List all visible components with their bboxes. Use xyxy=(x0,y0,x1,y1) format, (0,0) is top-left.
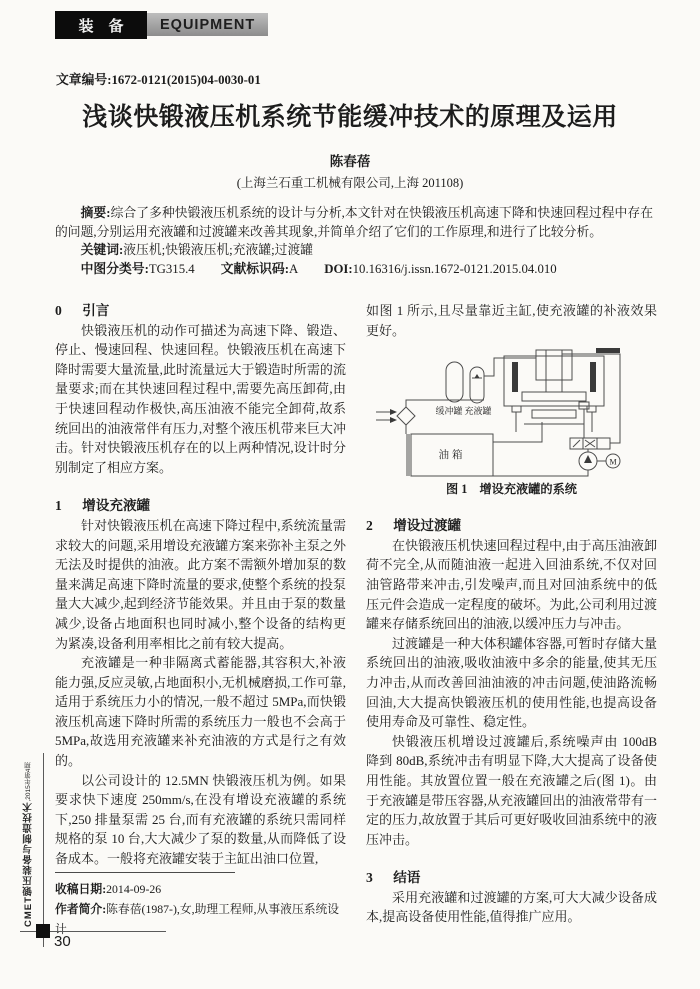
footnote-divider xyxy=(55,872,235,873)
article-number-label: 文章编号: xyxy=(56,73,111,87)
section-1-paragraph-1: 针对快锻液压机在高速下降过程中,系统流量需求较大的问题,采用增设充液罐方案来弥补… xyxy=(55,516,346,653)
pipe-press-to-oiltank xyxy=(493,422,542,442)
author-affiliation: (上海兰石重工机械有限公司,上海 201108) xyxy=(0,173,700,191)
section-2-heading: 2增设过渡罐 xyxy=(366,516,657,536)
front-matter: 摘要:综合了多种快锻液压机系统的设计与分析,本文针对在快锻液压机高速下降和快速回… xyxy=(55,204,653,278)
section-0-heading: 0引言 xyxy=(55,301,346,321)
abstract: 摘要:综合了多种快锻液压机系统的设计与分析,本文针对在快锻液压机高速下降和快速回… xyxy=(55,204,653,241)
charge-tank-shape xyxy=(470,367,484,403)
section-1-heading: 1增设充液罐 xyxy=(55,496,346,516)
charge-tank-level-mark xyxy=(475,374,480,378)
valve-cross xyxy=(585,440,595,447)
section-3-heading: 3结语 xyxy=(366,868,657,888)
charge-tank-label: 充液罐 xyxy=(464,405,491,416)
press-foot-left xyxy=(512,406,521,412)
inlet-arrow-1-head xyxy=(390,409,397,415)
article-number: 文章编号:1672-0121(2015)04-0030-01 xyxy=(56,69,261,88)
filter-diamond xyxy=(397,407,415,425)
author-bio-label: 作者简介: xyxy=(55,902,106,916)
motor-label: M xyxy=(609,458,616,467)
section-1-title: 增设充液罐 xyxy=(82,498,150,513)
journal-spine-name: CMET锻压装备与制造技术 xyxy=(23,802,34,927)
section-2-title: 增设过渡罐 xyxy=(393,518,461,533)
article-number-value: 1672-0121(2015)04-0030-01 xyxy=(111,73,260,87)
received-date-line: 收稿日期:2014-09-26 xyxy=(55,879,347,899)
oil-tank-label: 油箱 xyxy=(439,448,466,461)
clc-label: 中图分类号: xyxy=(81,262,149,276)
abstract-label: 摘要: xyxy=(81,206,111,220)
buffer-tank-shape xyxy=(446,362,463,402)
side-cylinder-left xyxy=(512,362,518,392)
figure-1: M 油箱 缓冲罐 充液罐 图 1 增设充液罐的系统 xyxy=(366,346,657,497)
figure-corner-bar xyxy=(596,348,620,353)
section-0-number: 0 xyxy=(55,301,82,321)
left-column: 0引言 快锻液压机的动作可描述为高速下降、锻造、停止、慢速回程、快速回程。快锻液… xyxy=(55,301,346,869)
section-3-number: 3 xyxy=(366,868,393,888)
crop-mark-square xyxy=(36,924,50,938)
buffer-tank-label: 缓冲罐 xyxy=(435,405,462,416)
doc-code-value: A xyxy=(289,262,298,276)
figure-1-caption: 图 1 增设充液罐的系统 xyxy=(366,481,657,497)
section-1-number: 1 xyxy=(55,496,82,516)
keywords-text: 液压机;快锻液压机;充液罐;过渡罐 xyxy=(123,243,313,257)
page-number: 30 xyxy=(54,933,71,950)
section-0-paragraph: 快锻液压机的动作可描述为高速下降、锻造、停止、慢速回程、快速回程。快锻液压机在高… xyxy=(55,321,346,478)
continuation-paragraph: 如图 1 所示,且尽量靠近主缸,使充液罐的补液效果更好。 xyxy=(366,301,657,340)
journal-spine-issue: ,2015年第4期 xyxy=(25,762,32,801)
section-2-number: 2 xyxy=(366,516,393,536)
clc-value: TG315.4 xyxy=(149,262,195,276)
footnote-block: 收稿日期:2014-09-26 作者简介:陈春蓓(1987-),女,助理工程师,… xyxy=(55,872,347,939)
abstract-text: 综合了多种快锻液压机系统的设计与分析,本文针对在快锻液压机高速下降和快速回程过程… xyxy=(55,206,653,239)
section-1-paragraph-2: 充液罐是一种非隔离式蓄能器,其容积大,补液能力强,反应灵敏,占地面积小,无机械磨… xyxy=(55,653,346,771)
pipe-return-to-tank xyxy=(493,470,588,476)
press-frame xyxy=(504,356,604,406)
journal-spine-text: CMET锻压装备与制造技术,2015年第4期 xyxy=(22,757,36,927)
section-badge: 装 备 EQUIPMENT xyxy=(55,11,268,39)
section-3-title: 结语 xyxy=(393,870,420,885)
section-badge-en: EQUIPMENT xyxy=(147,13,268,36)
author-bio-line: 作者简介:陈春蓓(1987-),女,助理工程师,从事液压系统设计 xyxy=(55,899,347,939)
keywords-label: 关键词: xyxy=(81,243,124,257)
doi-label: DOI: xyxy=(324,262,352,276)
paper-title: 浅谈快锻液压机系统节能缓冲技术的原理及运用 xyxy=(40,97,660,133)
section-1-paragraph-3: 以公司设计的 12.5MN 快锻液压机为例。如果要求快下速度 250mm/s,在… xyxy=(55,771,346,869)
valve-arrow xyxy=(573,440,580,447)
journal-scan-page: 装 备 EQUIPMENT 文章编号:1672-0121(2015)04-003… xyxy=(0,0,700,989)
section-0-title: 引言 xyxy=(82,303,109,318)
pump-triangle xyxy=(584,455,592,463)
hydraulic-system-diagram: M 油箱 缓冲罐 充液罐 xyxy=(366,346,656,478)
side-cylinder-right xyxy=(590,362,596,392)
section-2-paragraph-1: 在快锻液压机快速回程过程中,由于高压油液卸荷不完全,从而随油液一起进入回油系统,… xyxy=(366,536,657,634)
doi-value: 10.16316/j.issn.1672-0121.2015.04.010 xyxy=(353,262,557,276)
section-2-paragraph-2: 过渡罐是一种大体积罐体容器,可暂时存储大量系统回出的油液,吸收油液中多余的能量,… xyxy=(366,634,657,732)
doc-code-label: 文献标识码: xyxy=(221,262,289,276)
classification-line: 中图分类号:TG315.4文献标识码:ADOI:10.16316/j.issn.… xyxy=(55,260,653,279)
moving-beam xyxy=(522,392,586,401)
right-column: 如图 1 所示,且尽量靠近主缸,使充液罐的补液效果更好。 xyxy=(366,301,657,927)
keywords: 关键词:液压机;快锻液压机;充液罐;过渡罐 xyxy=(55,241,653,260)
section-badge-zh: 装 备 xyxy=(55,11,147,39)
section-3-paragraph-1: 采用充液罐和过渡罐的方案,可大大减少设备成本,提高设备使用性能,值得推广应用。 xyxy=(366,888,657,927)
section-2-paragraph-3: 快锻液压机增设过渡罐后,系统噪声由 100dB 降到 80dB,系统冲击有明显下… xyxy=(366,732,657,850)
crop-mark-vertical xyxy=(43,753,44,947)
oil-tank-left-edge xyxy=(407,434,409,476)
pipe-charge-to-press xyxy=(484,358,536,376)
received-date-label: 收稿日期: xyxy=(55,882,106,896)
received-date-value: 2014-09-26 xyxy=(106,882,161,896)
author-name: 陈春蓓 xyxy=(0,150,700,170)
anvil xyxy=(532,410,576,418)
inlet-arrow-2-head xyxy=(390,417,397,423)
